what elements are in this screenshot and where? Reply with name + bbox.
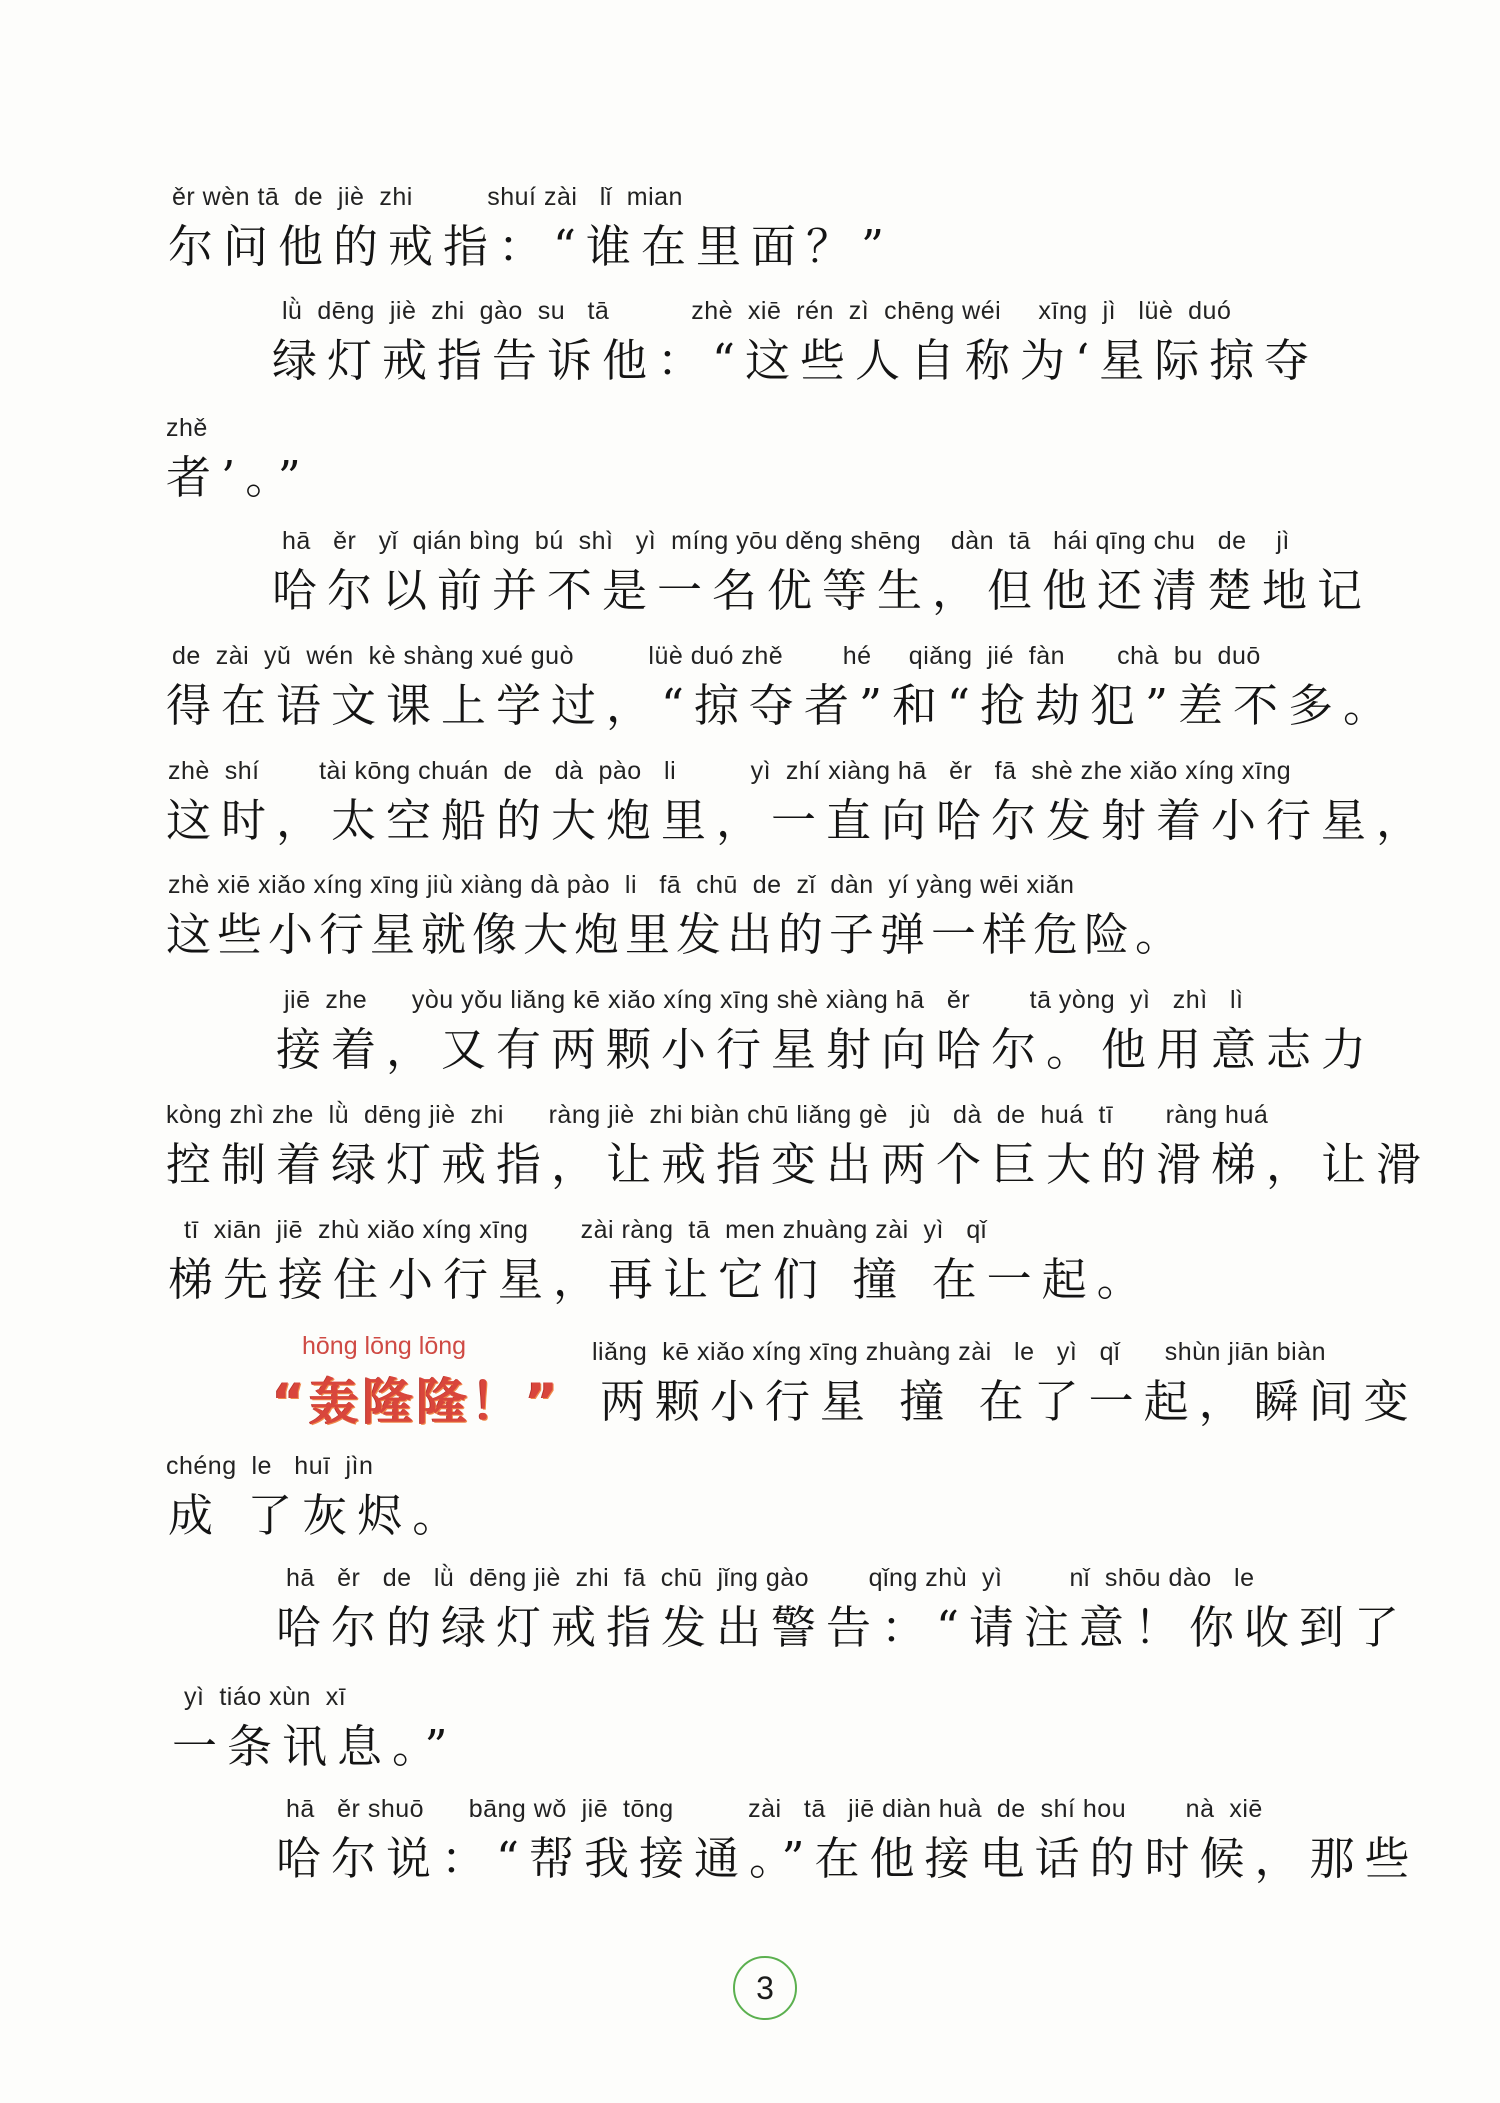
text-line-6: zhè shí tài kōng chuán de dà pào li yì z… [0,757,1500,867]
page-number-badge: 3 [733,1956,797,2020]
pinyin-line: hā ěr de lǜ dēng jiè zhi fā chū jǐng gào… [286,1564,1254,1594]
text-line-3: zhě 者’。” [0,414,1500,524]
onomatopoeia-pinyin: hōng lōng lōng [302,1332,466,1361]
text-line-11: hōng lōng lōng “轰隆隆！” liǎng kē xiǎo xíng… [0,1332,1500,1442]
hanzi-line: 梯先接住小行星，再让它们 撞 在一起。 [168,1250,1152,1310]
text-line-7: zhè xiē xiǎo xíng xīng jiù xiàng dà pào … [0,871,1500,981]
hanzi-line: 哈尔以前并不是一名优等生，但他还清楚地记 [272,561,1372,621]
pinyin-line: tī xiān jiē zhù xiǎo xíng xīng zài ràng … [184,1216,987,1246]
hanzi-line: 两颗小行星 撞 在了一起，瞬间变 [600,1372,1419,1432]
text-line-10: tī xiān jiē zhù xiǎo xíng xīng zài ràng … [0,1216,1500,1326]
storybook-page: ěr wèn tā de jiè zhi shuí zài lǐ mian 尔问… [0,0,1500,2103]
hanzi-line: 得在语文课上学过，“掠夺者”和“抢劫犯”差不多。 [166,676,1398,736]
hanzi-line: 这些小行星就像大炮里发出的子弹一样危险。 [166,905,1186,965]
text-line-15: hā ěr shuō bāng wǒ jiē tōng zài tā jiē d… [0,1795,1500,1905]
pinyin-line: jiē zhe yòu yǒu liǎng kē xiǎo xíng xīng … [284,986,1244,1016]
pinyin-line: hā ěr shuō bāng wǒ jiē tōng zài tā jiē d… [286,1795,1263,1825]
hanzi-line: 哈尔说：“帮我接通。”在他接电话的时候，那些 [276,1829,1420,1889]
text-line-5: de zài yǔ wén kè shàng xué guò lüè duó z… [0,642,1500,752]
text-line-8: jiē zhe yòu yǒu liǎng kē xiǎo xíng xīng … [0,986,1500,1096]
pinyin-line: zhè shí tài kōng chuán de dà pào li yì z… [168,757,1291,787]
text-line-9: kòng zhì zhe lǜ dēng jiè zhi ràng jiè zh… [0,1101,1500,1211]
page-number: 3 [756,1970,774,2007]
pinyin-line: kòng zhì zhe lǜ dēng jiè zhi ràng jiè zh… [166,1101,1268,1131]
pinyin-line: zhè xiē xiǎo xíng xīng jiù xiàng dà pào … [168,871,1074,901]
pinyin-line: de zài yǔ wén kè shàng xué guò lüè duó z… [172,642,1261,672]
pinyin-line: lǜ dēng jiè zhi gào su tā zhè xiē rén zì… [282,297,1231,327]
pinyin-line: zhě [166,414,208,444]
text-line-2: lǜ dēng jiè zhi gào su tā zhè xiē rén zì… [0,297,1500,407]
hanzi-line: 控制着绿灯戒指，让戒指变出两个巨大的滑梯，让滑 [166,1135,1431,1195]
hanzi-line: 这时，太空船的大炮里，一直向哈尔发射着小行星， [166,791,1431,851]
hanzi-line: 成 了灰烬。 [168,1486,467,1546]
hanzi-line: 绿灯戒指告诉他：“这些人自称为‘星际掠夺 [272,331,1319,391]
hanzi-line: 尔问他的戒指：“谁在里面？” [168,217,894,277]
pinyin-line: yì tiáo xùn xī [184,1683,346,1713]
text-line-4: hā ěr yǐ qián bìng bú shì yì míng yōu dě… [0,527,1500,637]
onomatopoeia-hanzi: “轰隆隆！” [272,1362,562,1434]
hanzi-line: 哈尔的绿灯戒指发出警告：“请注意！你收到了 [276,1598,1409,1658]
text-line-13: hā ěr de lǜ dēng jiè zhi fā chū jǐng gào… [0,1564,1500,1674]
text-line-1: ěr wèn tā de jiè zhi shuí zài lǐ mian 尔问… [0,183,1500,293]
text-line-12: chéng le huī jìn 成 了灰烬。 [0,1452,1500,1562]
pinyin-line: hā ěr yǐ qián bìng bú shì yì míng yōu dě… [282,527,1290,557]
hanzi-line: 一条讯息。” [172,1717,458,1777]
hanzi-line: 者’。” [166,448,311,508]
pinyin-line: chéng le huī jìn [166,1452,373,1482]
pinyin-line: liǎng kē xiǎo xíng xīng zhuàng zài le yì… [592,1338,1326,1368]
text-line-14: yì tiáo xùn xī 一条讯息。” [0,1683,1500,1793]
hanzi-line: 接着，又有两颗小行星射向哈尔。他用意志力 [276,1020,1376,1080]
pinyin-line: ěr wèn tā de jiè zhi shuí zài lǐ mian [172,183,683,213]
